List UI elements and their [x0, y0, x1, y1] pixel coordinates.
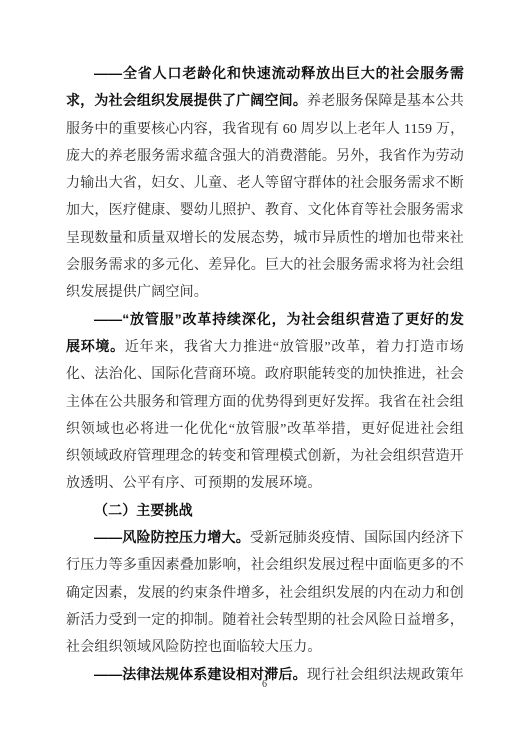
section-heading-text: （二）主要挑战 [94, 502, 193, 518]
text-line: 力输出大省，妇女、儿童、老人等留守群体的社会服务需求不断 [66, 169, 464, 196]
text-line: ——“放管服”改革持续深化，为社会组织营造了更好的发 [66, 306, 464, 333]
text-line-bold-segment: ——全省人口老龄化和快速流动释放出巨大的社会服务需 [94, 65, 464, 81]
text-line: ——风险防控压力增大。受新冠肺炎疫情、国际国内经济下 [66, 524, 464, 551]
text-line-regular-segment: 织发展提供广阔空间。 [66, 285, 208, 300]
text-line: 织领域也必将进一化优化“放管服”改革举措，更好促进社会组 [66, 415, 464, 442]
text-line-regular-segment: 加大，医疗健康、婴幼儿照护、教育、文化体育等社会服务需求 [66, 203, 464, 218]
text-line: 织发展提供广阔空间。 [66, 278, 464, 305]
text-line-regular-segment: 织领域政府管理理念的转变和管理模式创新，为社会组织营造开 [66, 449, 464, 464]
text-line-regular-segment: 织领域也必将进一化优化“放管服”改革举措，更好促进社会组 [66, 422, 464, 437]
text-line: 化、法治化、国际化营商环境。政府职能转变的加快推进，社会 [66, 360, 464, 387]
text-line-regular-segment: 受新冠肺炎疫情、国际国内经济下 [250, 531, 464, 546]
text-line: 求，为社会组织发展提供了广阔空间。养老服务保障是基本公共 [66, 87, 464, 114]
text-line: 庞大的养老服务需求蕴含强大的消费潜能。另外，我省作为劳动 [66, 142, 464, 169]
text-line: ——全省人口老龄化和快速流动释放出巨大的社会服务需 [66, 60, 464, 87]
text-line: 放透明、公平有序、可预期的发展环境。 [66, 469, 464, 496]
text-line-bold-segment: ——风险防控压力增大。 [94, 529, 250, 545]
text-line-regular-segment: 力输出大省，妇女、儿童、老人等留守群体的社会服务需求不断 [66, 176, 464, 191]
text-line-regular-segment: 庞大的养老服务需求蕴含强大的消费潜能。另外，我省作为劳动 [66, 149, 464, 164]
document-page: ——全省人口老龄化和快速流动释放出巨大的社会服务需 求，为社会组织发展提供了广阔… [0, 0, 529, 735]
text-line: 会服务需求的多元化、差异化。巨大的社会服务需求将为社会组 [66, 251, 464, 278]
text-line: 展环境。近年来，我省大力推进“放管服”改革，着力打造市场 [66, 333, 464, 360]
text-line-regular-segment: 社会组织领域风险防控也面临较大压力。 [66, 640, 322, 655]
text-line-bold-segment: 求，为社会组织发展提供了广阔空间。 [66, 92, 307, 108]
text-line-bold-segment: ——“放管服”改革持续深化，为社会组织营造了更好的发 [94, 311, 464, 327]
document-body: ——全省人口老龄化和快速流动释放出巨大的社会服务需 求，为社会组织发展提供了广阔… [66, 60, 464, 688]
text-line-regular-segment: 养老服务保障是基本公共 [307, 94, 464, 109]
text-line-regular-segment: 确定因素，发展的约束条件增多，社会组织发展的内在动力和创 [66, 586, 464, 601]
text-line-regular-segment: 化、法治化、国际化营商环境。政府职能转变的加快推进，社会 [66, 367, 464, 382]
text-line-regular-segment: 呈现数量和质量双增长的发展态势，城市异质性的增加也带来社 [66, 231, 464, 246]
text-line: 呈现数量和质量双增长的发展态势，城市异质性的增加也带来社 [66, 224, 464, 251]
text-line: 织领域政府管理理念的转变和管理模式创新，为社会组织营造开 [66, 442, 464, 469]
text-line-regular-segment: 放透明、公平有序、可预期的发展环境。 [66, 476, 322, 491]
text-line-regular-segment: 主体在公共服务和管理方面的优势得到更好发挥。我省在社会组 [66, 395, 464, 410]
text-line-regular-segment: 会服务需求的多元化、差异化。巨大的社会服务需求将为社会组 [66, 258, 464, 273]
text-line: 加大，医疗健康、婴幼儿照护、教育、文化体育等社会服务需求 [66, 196, 464, 223]
text-line-regular-segment: 近年来，我省大力推进“放管服”改革，着力打造市场 [125, 340, 464, 355]
text-line-regular-segment: 行压力等多重因素叠加影响，社会组织发展过程中面临更多的不 [66, 558, 464, 573]
section-heading: （二）主要挑战 [66, 497, 464, 524]
text-line-bold-segment: 展环境。 [66, 338, 125, 354]
text-line-regular-segment: 服务中的重要核心内容，我省现有 60 周岁以上老年人 1159 万， [66, 122, 464, 137]
text-line: 确定因素，发展的约束条件增多，社会组织发展的内在动力和创 [66, 579, 464, 606]
text-line: 新活力受到一定的抑制。随着社会转型期的社会风险日益增多， [66, 606, 464, 633]
text-line-regular-segment: 新活力受到一定的抑制。随着社会转型期的社会风险日益增多， [66, 613, 464, 628]
page-number: 6 [0, 679, 529, 690]
text-line: 服务中的重要核心内容，我省现有 60 周岁以上老年人 1159 万， [66, 115, 464, 142]
text-line: 行压力等多重因素叠加影响，社会组织发展过程中面临更多的不 [66, 551, 464, 578]
text-line: 社会组织领域风险防控也面临较大压力。 [66, 633, 464, 660]
text-line: 主体在公共服务和管理方面的优势得到更好发挥。我省在社会组 [66, 388, 464, 415]
